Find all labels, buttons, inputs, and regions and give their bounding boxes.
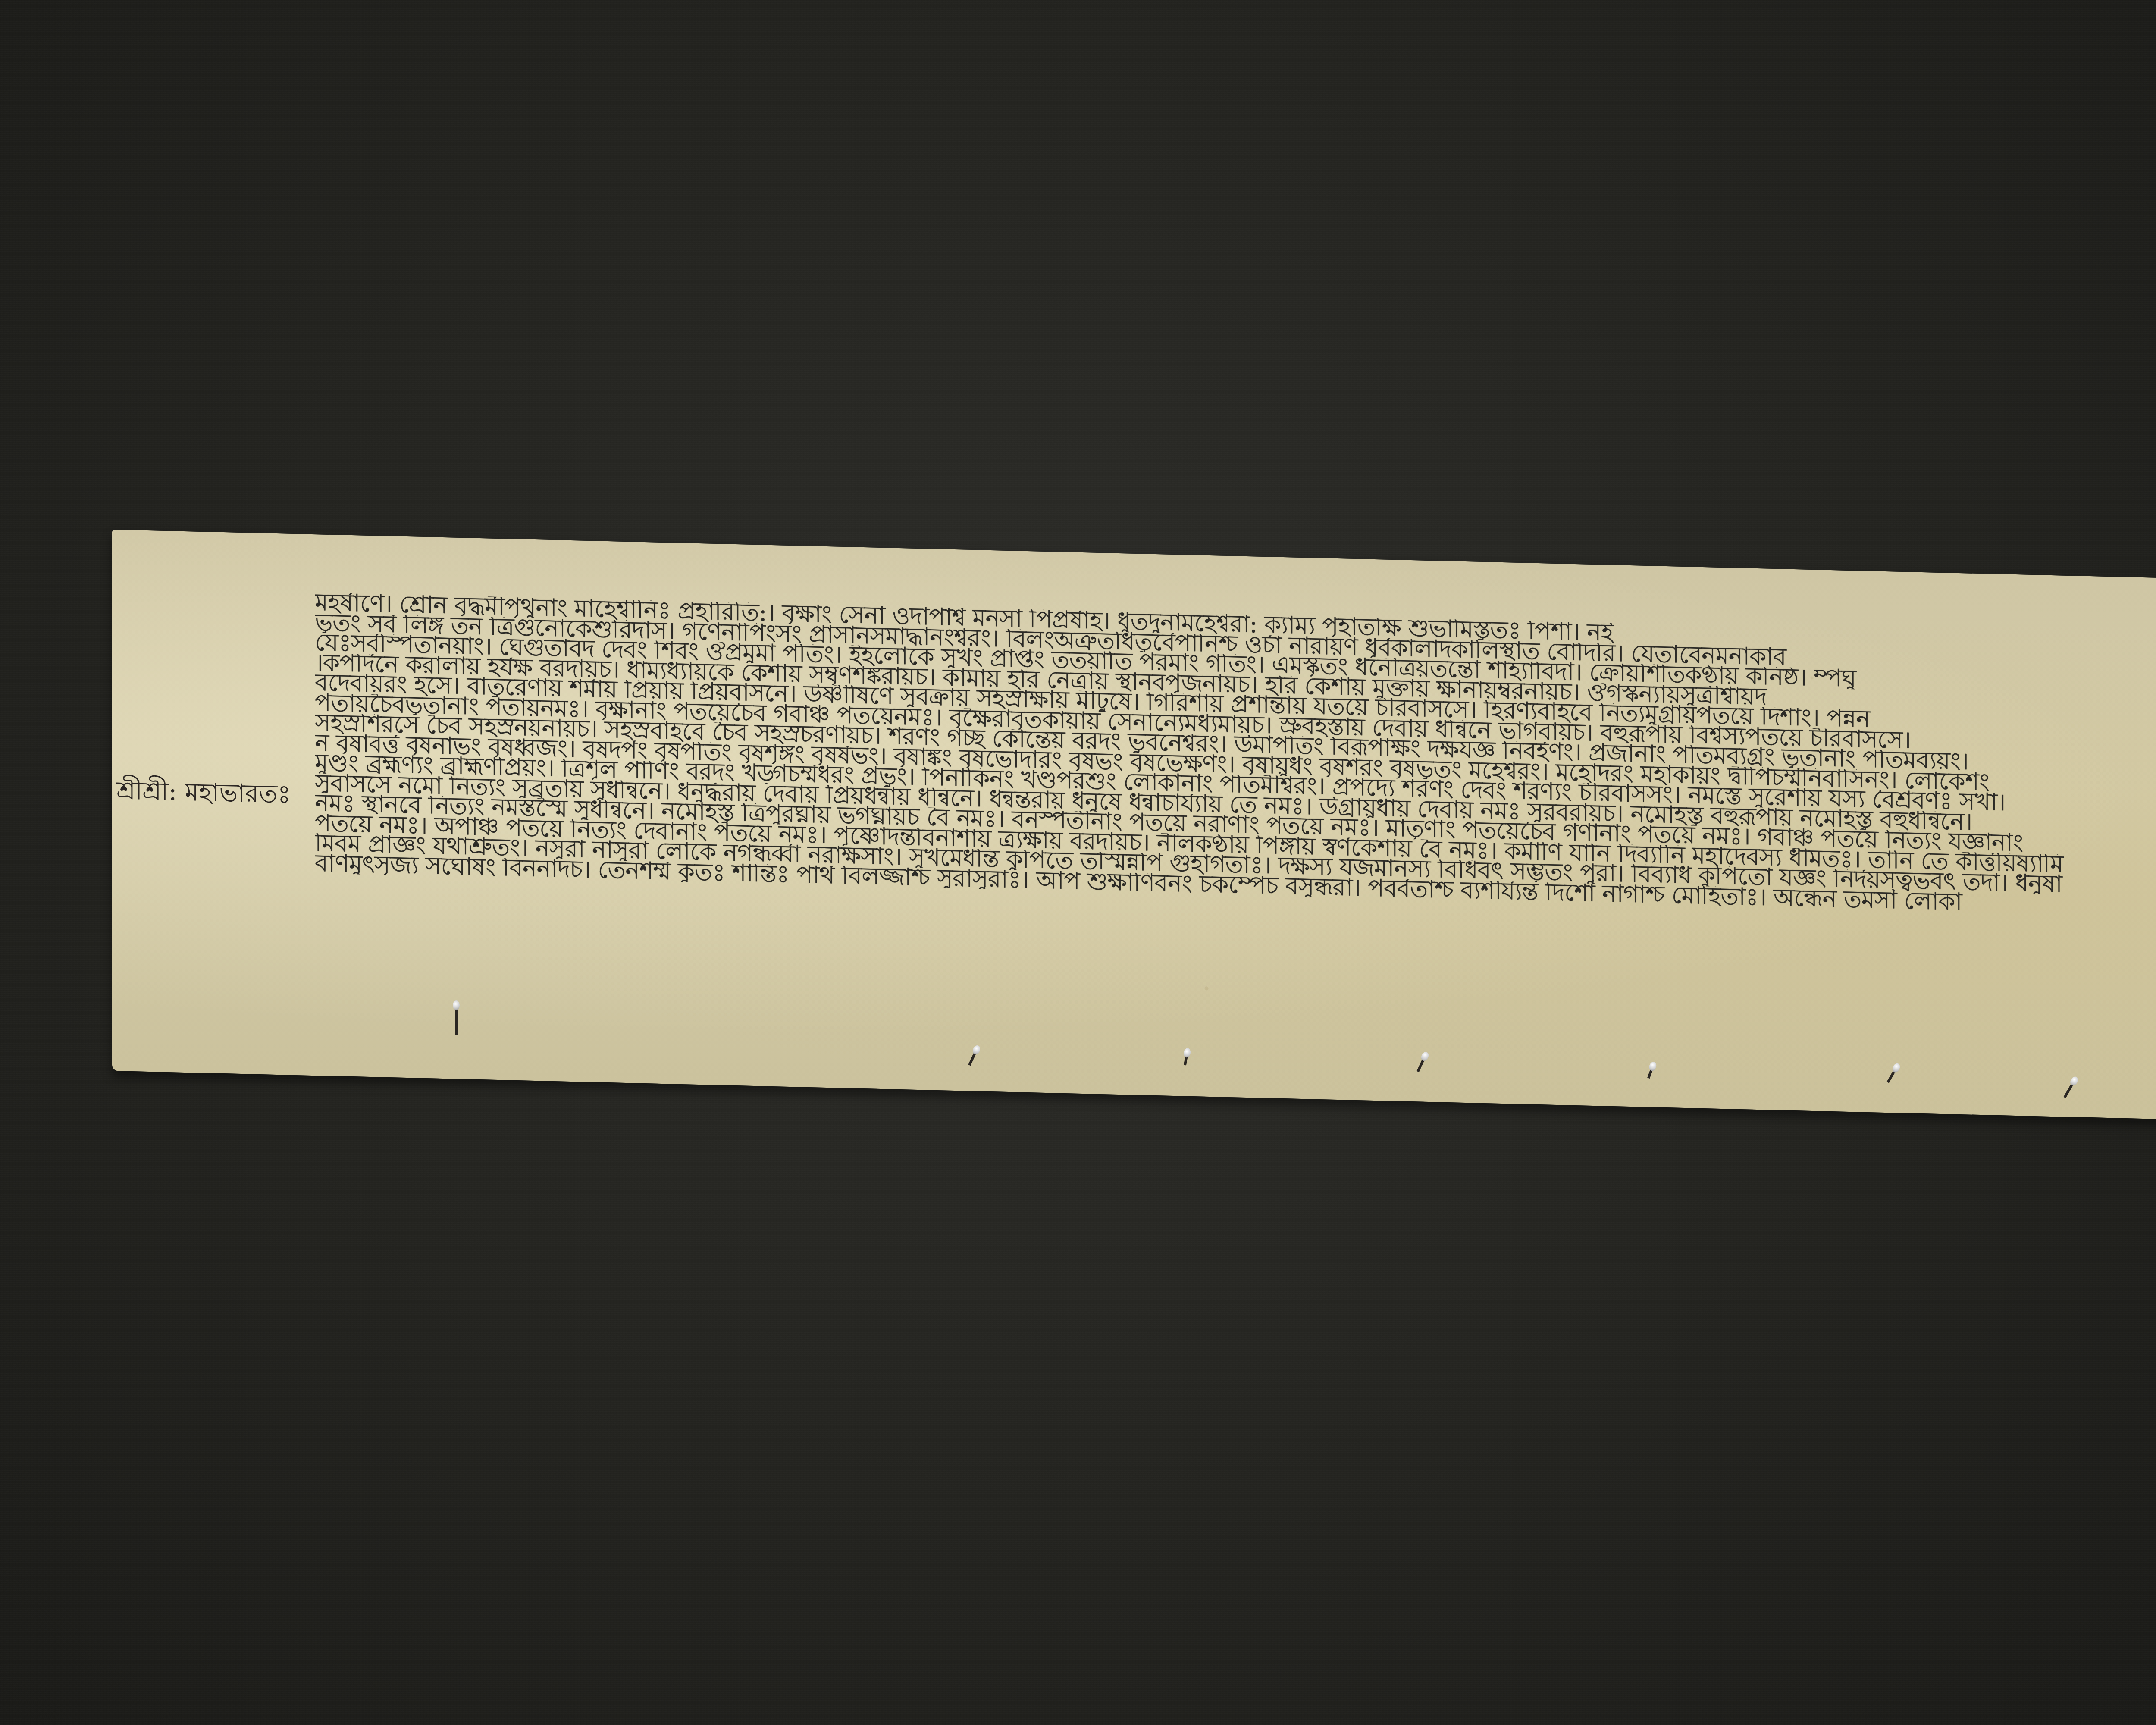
left-margin-title: শ্রীশ্রী: মহাভারতঃ: [116, 771, 291, 817]
manuscript-leaf: ᐯ ᐯ শ্রীশ্রী: মহাভারতঃ শ্রীশ্রী:..... মহ…: [112, 530, 2156, 1126]
mounting-pin: [455, 1005, 458, 1035]
manuscript-text-block: মহর্ষাণে। শ্রোন বৃদ্ধর্মীপৃথুনাং মাহেশ্ব…: [315, 593, 2156, 922]
